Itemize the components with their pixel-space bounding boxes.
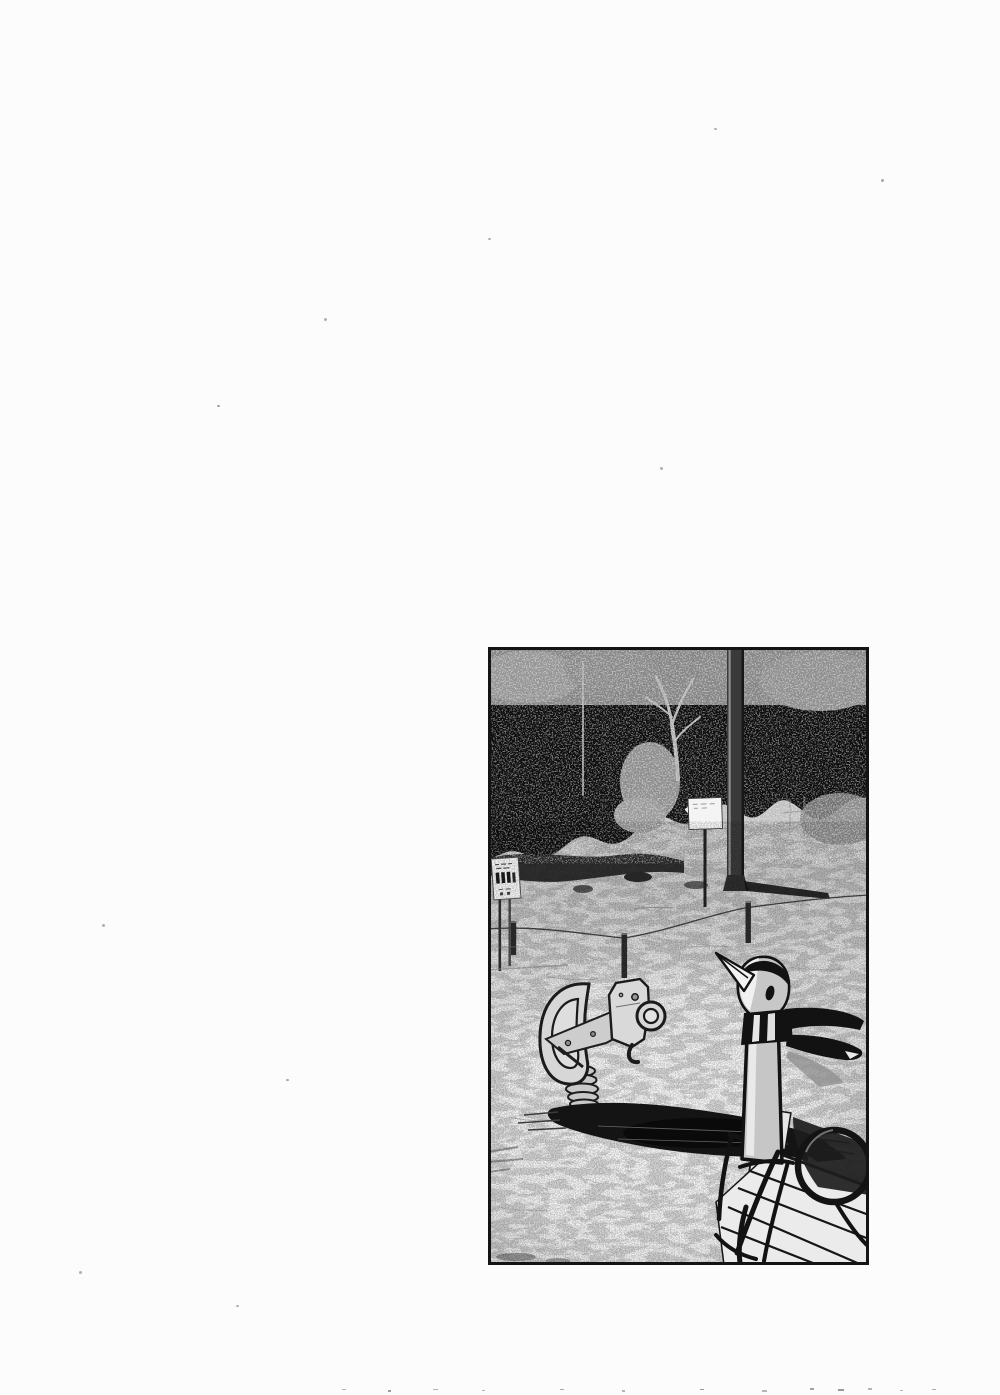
scarf-band	[741, 1009, 793, 1045]
scan-speck	[488, 238, 491, 240]
scan-speck	[217, 405, 220, 407]
scan-speck	[236, 1305, 239, 1307]
scan-speck	[102, 924, 105, 927]
manga-page	[0, 0, 1000, 1395]
scan-speck	[714, 128, 717, 130]
comic-panel	[488, 647, 869, 1265]
scan-speck	[660, 467, 663, 470]
scan-speck	[286, 1079, 289, 1081]
scan-speck	[79, 1271, 82, 1274]
scan-speck	[881, 179, 884, 182]
scan-speck	[324, 318, 327, 321]
